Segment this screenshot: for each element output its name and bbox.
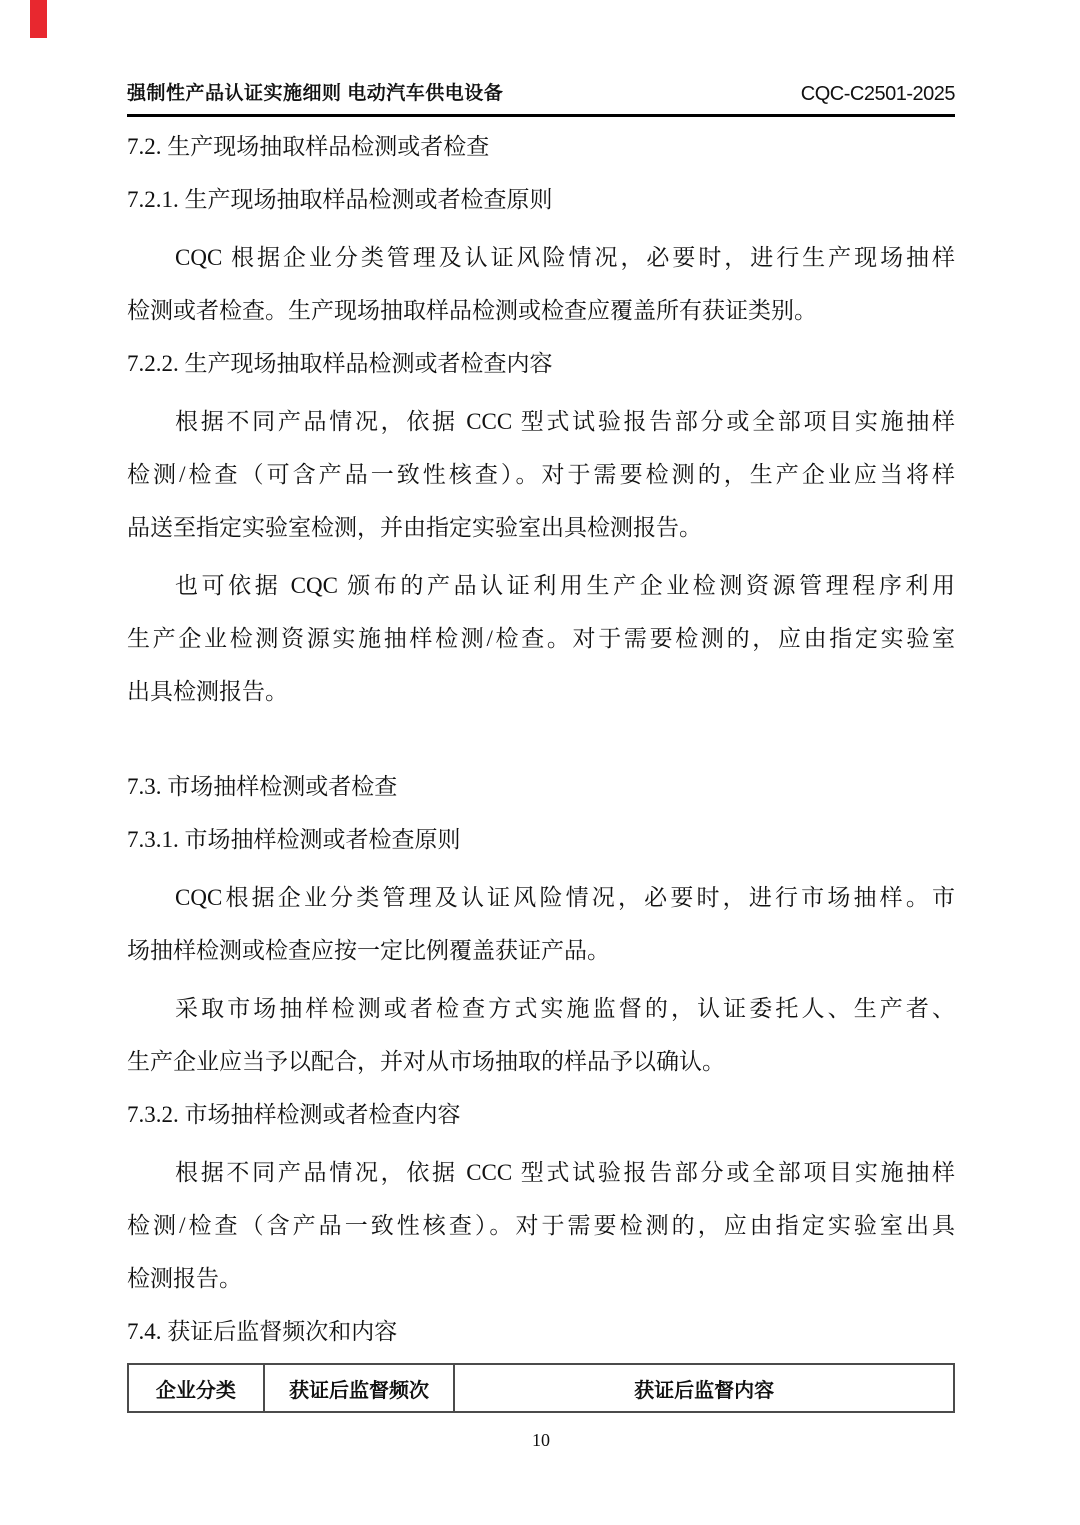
paragraph-line: 根据不同产品情况，依据 CCC 型式试验报告部分或全部项目实施抽样 — [127, 1146, 955, 1199]
header-doc-title: 强制性产品认证实施细则 电动汽车供电设备 — [127, 82, 503, 106]
paragraph-7-3-2: 根据不同产品情况，依据 CCC 型式试验报告部分或全部项目实施抽样 检测/检查（… — [127, 1146, 955, 1305]
red-bookmark-marker — [30, 0, 47, 38]
section-heading-7-3-1: 7.3.1. 市场抽样检测或者检查原则 — [127, 813, 955, 866]
paragraph-line: CQC根据企业分类管理及认证风险情况，必要时，进行市场抽样。市 — [127, 871, 955, 924]
header-doc-number: CQC-C2501-2025 — [801, 82, 955, 106]
section-heading-7-3: 7.3. 市场抽样检测或者检查 — [127, 760, 955, 813]
paragraph-7-3-1-b: 采取市场抽样检测或者检查方式实施监督的，认证委托人、生产者、 生产企业应当予以配… — [127, 982, 955, 1088]
page-number: 10 — [127, 1427, 955, 1453]
paragraph-line: 采取市场抽样检测或者检查方式实施监督的，认证委托人、生产者、 — [127, 982, 955, 1035]
table-header-row: 企业分类 获证后监督频次 获证后监督内容 — [128, 1364, 954, 1412]
paragraph-7-2-2-a: 根据不同产品情况，依据 CCC 型式试验报告部分或全部项目实施抽样 检测/检查（… — [127, 395, 955, 554]
paragraph-7-2-1: CQC 根据企业分类管理及认证风险情况，必要时，进行生产现场抽样 检测或者检查。… — [127, 231, 955, 337]
section-heading-7-2-2: 7.2.2. 生产现场抽取样品检测或者检查内容 — [127, 337, 955, 390]
supervision-table-wrap: 企业分类 获证后监督频次 获证后监督内容 — [127, 1363, 955, 1413]
table-header-cell-enterprise-class: 企业分类 — [128, 1364, 264, 1412]
supervision-table: 企业分类 获证后监督频次 获证后监督内容 — [127, 1363, 955, 1413]
section-heading-7-2: 7.2. 生产现场抽取样品检测或者检查 — [127, 120, 955, 173]
section-heading-7-3-2: 7.3.2. 市场抽样检测或者检查内容 — [127, 1088, 955, 1141]
paragraph-line: 也可依据 CQC 颁布的产品认证利用生产企业检测资源管理程序利用 — [127, 559, 955, 612]
document-body: 7.2. 生产现场抽取样品检测或者检查 7.2.1. 生产现场抽取样品检测或者检… — [127, 117, 955, 1453]
page-header: 强制性产品认证实施细则 电动汽车供电设备 CQC-C2501-2025 — [127, 0, 955, 117]
paragraph-line: 检测/检查（含产品一致性核查）。对于需要检测的，应由指定实验室出具 — [127, 1199, 955, 1252]
paragraph-line: 生产企业应当予以配合，并对从市场抽取的样品予以确认。 — [127, 1035, 955, 1088]
section-heading-7-2-1: 7.2.1. 生产现场抽取样品检测或者检查原则 — [127, 173, 955, 226]
paragraph-line: 品送至指定实验室检测，并由指定实验室出具检测报告。 — [127, 501, 955, 554]
paragraph-line: CQC 根据企业分类管理及认证风险情况，必要时，进行生产现场抽样 — [127, 231, 955, 284]
table-header-cell-supervision-frequency: 获证后监督频次 — [264, 1364, 454, 1412]
paragraph-line: 生产企业检测资源实施抽样检测/检查。对于需要检测的，应由指定实验室 — [127, 612, 955, 665]
table-header-cell-supervision-content: 获证后监督内容 — [454, 1364, 954, 1412]
paragraph-line: 检测/检查（可含产品一致性核查）。对于需要检测的，生产企业应当将样 — [127, 448, 955, 501]
paragraph-line: 检测报告。 — [127, 1252, 955, 1305]
paragraph-line: 场抽样检测或检查应按一定比例覆盖获证产品。 — [127, 924, 955, 977]
paragraph-line: 根据不同产品情况，依据 CCC 型式试验报告部分或全部项目实施抽样 — [127, 395, 955, 448]
paragraph-line: 出具检测报告。 — [127, 665, 955, 718]
document-page: 强制性产品认证实施细则 电动汽车供电设备 CQC-C2501-2025 7.2.… — [0, 0, 1080, 1525]
paragraph-line: 检测或者检查。生产现场抽取样品检测或检查应覆盖所有获证类别。 — [127, 284, 955, 337]
section-heading-7-4: 7.4. 获证后监督频次和内容 — [127, 1305, 955, 1358]
paragraph-7-2-2-b: 也可依据 CQC 颁布的产品认证利用生产企业检测资源管理程序利用 生产企业检测资… — [127, 559, 955, 718]
paragraph-7-3-1-a: CQC根据企业分类管理及认证风险情况，必要时，进行市场抽样。市 场抽样检测或检查… — [127, 871, 955, 977]
